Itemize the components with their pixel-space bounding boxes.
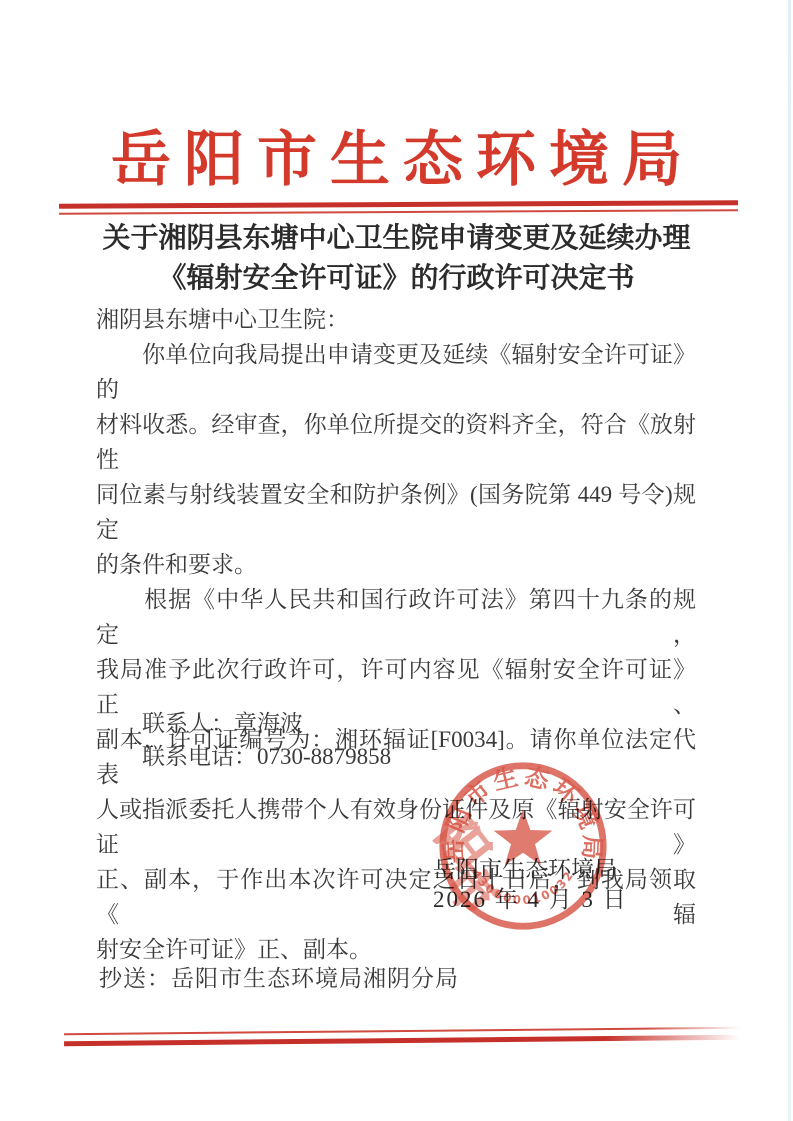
body-line: 你单位向我局提出申请变更及延续《辐射安全许可证》的 bbox=[96, 337, 696, 407]
scanned-official-document: 岳阳市生态环境局 关于湘阴县东塘中心卫生院申请变更及延续办理 《辐射安全许可证》… bbox=[0, 0, 793, 1121]
official-red-seal: 岳阳市生态环境局 430600010032 阳 市 bbox=[436, 759, 610, 933]
masthead-divider-thick-line bbox=[59, 200, 738, 209]
contact-person: 联系人：章海波 bbox=[96, 707, 391, 740]
contact-info: 联系人：章海波 联系电话：0730-8879858 bbox=[96, 707, 391, 773]
body-line: 材料收悉。经审查，你单位所提交的资料齐全，符合《放射性 bbox=[96, 407, 696, 477]
contact-phone: 联系电话：0730-8879858 bbox=[96, 740, 391, 773]
document-title-line2: 《辐射安全许可证》的行政许可决定书 bbox=[0, 259, 793, 299]
cc-footer: 抄送：岳阳市生态环境局湘阴分局 bbox=[99, 960, 459, 993]
masthead-divider-thin-line bbox=[59, 209, 738, 215]
document-title: 关于湘阴县东塘中心卫生院申请变更及延续办理 《辐射安全许可证》的行政许可决定书 bbox=[0, 219, 793, 299]
seal-graphic: 岳阳市生态环境局 430600010032 bbox=[436, 759, 610, 933]
body-line: 根据《中华人民共和国行政许可法》第四十九条的规定， bbox=[96, 582, 696, 652]
seal-code-text: 430600010032 bbox=[469, 867, 577, 907]
footer-divider-thin-line bbox=[64, 1027, 740, 1035]
body-line: 同位素与射线装置安全和防护条例》(国务院第 449 号令)规定 bbox=[96, 477, 696, 547]
agency-masthead: 岳阳市生态环境局 bbox=[0, 112, 793, 198]
body-line: 的条件和要求。 bbox=[96, 547, 696, 582]
footer-divider-thick-line bbox=[64, 1035, 740, 1046]
seal-star-icon bbox=[494, 809, 553, 865]
body-salutation: 湘阴县东塘中心卫生院： bbox=[96, 302, 696, 337]
svg-text:430600010032: 430600010032 bbox=[469, 867, 577, 907]
masthead-divider bbox=[59, 200, 738, 215]
document-title-line1: 关于湘阴县东塘中心卫生院申请变更及延续办理 bbox=[0, 219, 793, 259]
footer-divider bbox=[64, 1027, 740, 1046]
